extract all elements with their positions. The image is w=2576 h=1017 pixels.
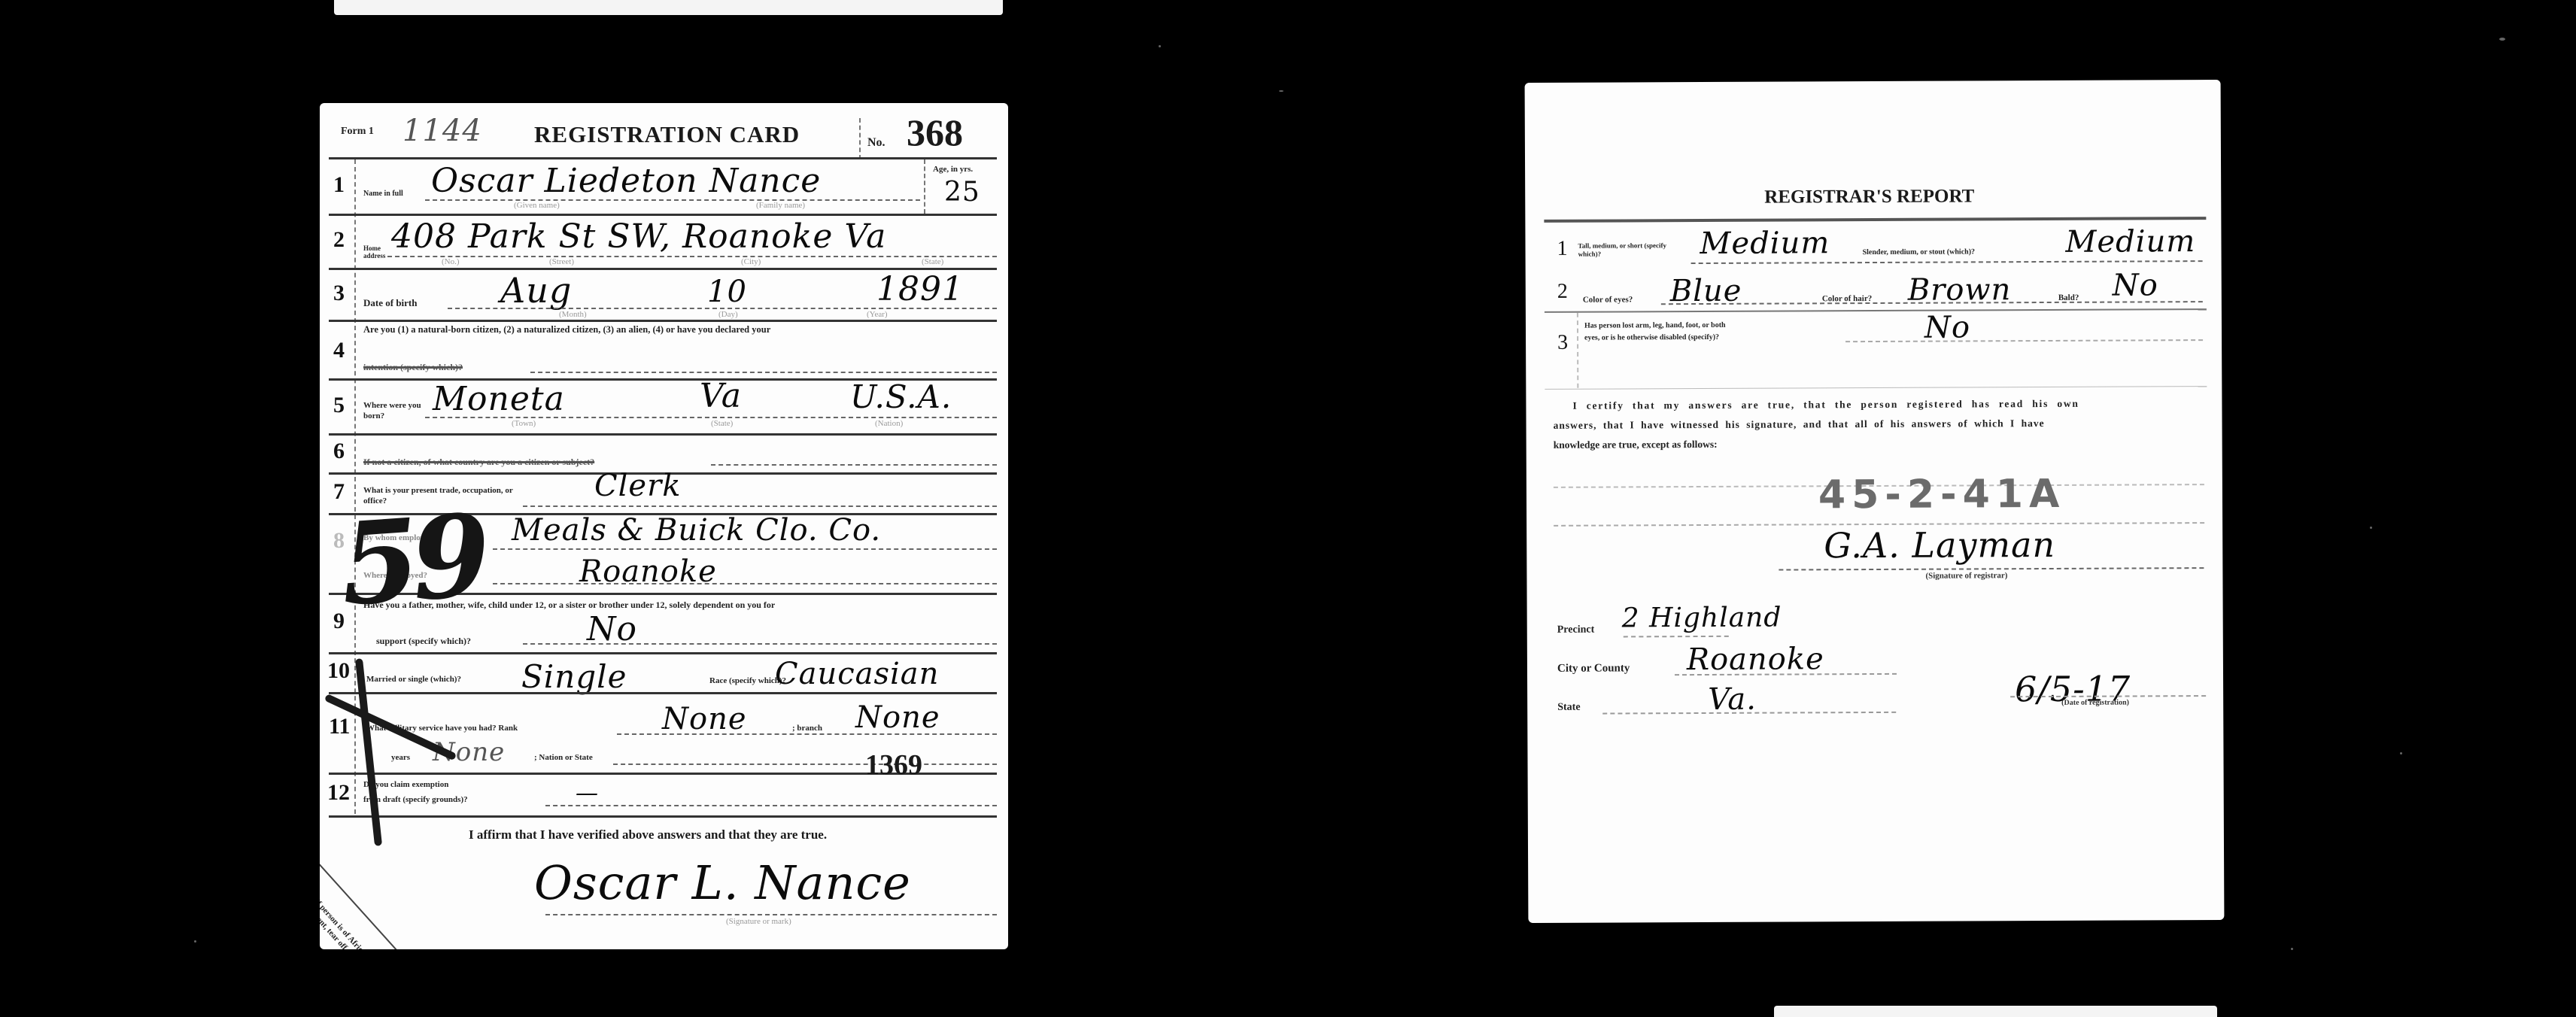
birth-year: 1891	[876, 270, 964, 308]
row-label: Name in full	[363, 190, 403, 198]
scan-speck	[2499, 38, 2505, 41]
row-label: years	[391, 753, 410, 762]
state-label: State	[1557, 702, 1580, 714]
certify-line-2: answers, that I have witnessed his signa…	[1554, 417, 2045, 432]
signature-underline	[545, 914, 997, 915]
race-value: Caucasian	[775, 657, 939, 691]
signature-caption: (Signature or mark)	[726, 917, 791, 926]
row-number: 4	[333, 338, 345, 363]
scan-speck	[1279, 90, 1283, 92]
row-label: Has person lost arm, leg, hand, foot, or…	[1584, 321, 1726, 330]
row-rule	[1545, 308, 2207, 313]
dependents-underline	[523, 643, 997, 645]
name-underline	[425, 199, 920, 201]
birth-day: 10	[707, 275, 747, 309]
row-number: 1	[333, 172, 345, 198]
header-rule	[329, 157, 997, 159]
nation-label: ; Nation or State	[534, 753, 593, 762]
row-number: 2	[333, 227, 345, 253]
row-label: Are you (1) a natural-born citizen, (2) …	[363, 324, 770, 335]
rank-value: None	[662, 702, 747, 736]
registrar-signature-underline	[1779, 567, 2204, 570]
certify-line-3: knowledge are true, except as follows:	[1554, 439, 1718, 451]
row-number-divider	[354, 159, 356, 814]
row-label-struck: intention (specify which)?	[363, 362, 463, 373]
sub-label: (Family name)	[756, 201, 805, 210]
affirmation-text: I affirm that I have verified above answ…	[469, 827, 827, 842]
sub-label: (State)	[922, 257, 943, 266]
stamp-number: 1369	[865, 748, 922, 782]
occupation-underline	[523, 505, 997, 507]
registrant-signature: Oscar L. Nance	[534, 855, 911, 910]
row-number: 11	[329, 714, 350, 739]
adjacent-card-top-strip	[334, 0, 1003, 15]
row-number: 1	[1557, 237, 1567, 261]
age-label: Age, in yrs.	[933, 165, 973, 174]
margin-mark-59: 59	[336, 490, 488, 632]
serial-handwritten: 1144	[402, 114, 482, 148]
row-label-struck: If not a citizen, of what country are yo…	[363, 457, 594, 468]
adjacent-card-bottom-strip	[1774, 1006, 2217, 1017]
number-label: No.	[867, 136, 885, 150]
sub-label: (Month)	[559, 310, 587, 319]
row-underline	[1845, 339, 2203, 342]
sub-label: (City)	[741, 257, 761, 266]
sub-label: (Street)	[549, 257, 574, 266]
corner-note: If person is of African descent, tear of…	[320, 897, 385, 949]
row-rule	[329, 320, 997, 322]
scan-speck	[1159, 45, 1161, 47]
branch-label: ; branch	[792, 724, 822, 733]
branch-value: None	[855, 700, 940, 735]
sub-label: (Day)	[718, 310, 738, 319]
card-title: REGISTRATION CARD	[534, 121, 800, 148]
occupation-value: Clerk	[594, 469, 681, 503]
report-title: REGISTRAR'S REPORT	[1764, 186, 1974, 208]
form-label: Form 1	[341, 126, 374, 138]
row-rule	[329, 652, 997, 654]
row-label-b: Slender, medium, or stout (which)?	[1863, 247, 1975, 257]
scan-speck	[2370, 527, 2372, 529]
age-divider	[924, 159, 925, 214]
row-label: eyes, or is he otherwise disabled (speci…	[1584, 333, 1719, 342]
sub-label: (State)	[711, 419, 733, 428]
employment-place-underline	[493, 583, 997, 584]
row-label: Tall, medium, or short (specify which)?	[1578, 241, 1690, 259]
registrars-report-card: REGISTRAR'S REPORT 1 Tall, medium, or sh…	[1525, 80, 2225, 923]
birth-state: Va	[700, 377, 742, 415]
row-rule	[329, 433, 997, 436]
bald-value: No	[2113, 268, 2158, 302]
exemption-underline	[545, 805, 997, 806]
sub-label: (Year)	[867, 310, 888, 319]
birth-town: Moneta	[433, 380, 565, 418]
sub-label: (No.)	[442, 257, 460, 266]
service-underline	[617, 733, 997, 735]
row-label: Married or single (which)?	[366, 675, 461, 684]
row-rule	[329, 214, 997, 216]
address-underline	[387, 256, 997, 257]
row-label: from draft (specify grounds)?	[363, 795, 468, 804]
employer-value: Meals & Buick Clo. Co.	[512, 513, 881, 548]
row-number: 9	[333, 609, 345, 634]
exemption-value: —	[576, 780, 599, 806]
birthplace-underline	[425, 417, 997, 418]
registrar-signature-caption: (Signature of registrar)	[1925, 571, 2007, 580]
sub-label: (Nation)	[875, 419, 903, 428]
row-rule	[329, 692, 997, 694]
nation-underline	[613, 764, 997, 765]
row-rule	[329, 815, 997, 818]
row3-divider	[1577, 313, 1578, 388]
citizenship-underline	[530, 372, 997, 373]
row-label: Date of birth	[363, 297, 418, 309]
row-label: Home address	[363, 244, 386, 260]
birth-month: Aug	[500, 270, 572, 311]
sub-label: (Town)	[512, 419, 536, 428]
height-value: Medium	[1700, 226, 1830, 261]
scan-speck	[194, 940, 196, 943]
employer-underline	[493, 548, 997, 550]
scan-speck	[2291, 948, 2293, 950]
birth-nation: U.S.A.	[850, 378, 952, 415]
row-number: 2	[1557, 280, 1568, 304]
row-number: 6	[333, 439, 345, 464]
citizen-of-underline	[711, 464, 997, 466]
precinct-underline	[1624, 636, 1729, 638]
precinct-label: Precinct	[1557, 624, 1595, 636]
row-label: Where were you born?	[363, 400, 424, 421]
build-value: Medium	[2065, 224, 2195, 260]
row-number: 12	[327, 780, 350, 806]
row-underline	[1691, 260, 2203, 264]
card-number: 368	[907, 111, 963, 154]
office-stamp: 45-2-41A	[1818, 472, 2066, 518]
date-caption: (Date of registration)	[2061, 699, 2129, 707]
address-value: 408 Park St SW, Roanoke Va	[391, 217, 886, 256]
sub-label: (Given name)	[514, 201, 560, 210]
age-value: 25	[944, 177, 980, 208]
margin-mark-x-vertical	[355, 658, 382, 846]
row-label: support (specify which)?	[376, 636, 471, 647]
certify-line-1: I certify that my answers are true, that…	[1572, 398, 2079, 412]
row-number: 3	[333, 281, 345, 306]
registration-card: Form 1 1144 REGISTRATION CARD No. 368 1 …	[320, 103, 1008, 949]
registrar-signature: G.A. Layman	[1824, 524, 2055, 566]
scan-speck	[2400, 752, 2402, 754]
name-value: Oscar Liedeton Nance	[431, 162, 821, 200]
eyes-label: Color of eyes?	[1583, 295, 1633, 304]
precinct-value: 2 Highland	[1622, 603, 1782, 634]
marital-value: Single	[521, 658, 627, 695]
title-rule	[1544, 217, 2206, 223]
row-number: 3	[1557, 331, 1568, 355]
city-value: Roanoke	[1687, 642, 1824, 677]
birth-underline	[448, 308, 997, 309]
number-box-divider	[859, 118, 861, 159]
row-rule	[1545, 386, 2207, 390]
row-number: 5	[333, 393, 345, 418]
row-number: 10	[327, 658, 350, 684]
city-label: City or County	[1557, 662, 1630, 675]
